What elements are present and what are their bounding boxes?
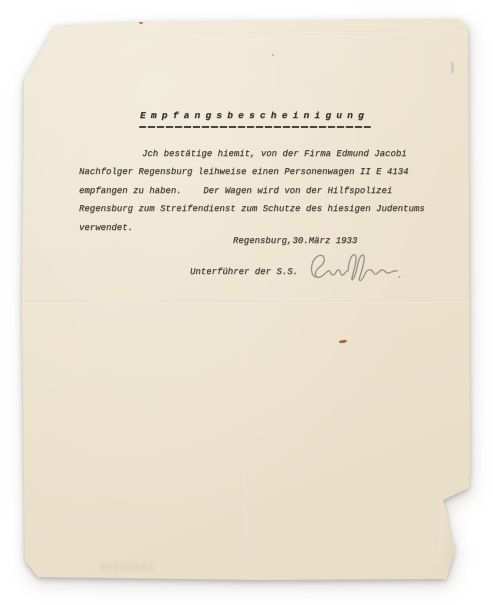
signoff-label: Unterführer der S.S.	[190, 265, 298, 279]
document-paper: Empfangsbescheinigung Jch bestätige hiem…	[0, 0, 493, 605]
crease-topright-vertical	[452, 46, 454, 94]
dateline: Regensburg,30.März 1933	[233, 234, 357, 248]
body-line-3: empfangen zu haben. Der Wagen wird von d…	[79, 182, 439, 200]
torn-corner-fold-shade	[436, 498, 458, 570]
handwritten-signature	[306, 250, 402, 290]
document-body: Jch bestätige hiemit, von der Firma Edmu…	[79, 145, 439, 237]
document-title: Empfangsbescheinigung	[140, 109, 369, 123]
crease-bottomright-diagonal	[425, 500, 442, 579]
crease-topleft-vertical	[109, 21, 111, 95]
rust-speck-top-edge	[139, 21, 143, 24]
blue-mark-right-edge	[451, 61, 454, 74]
paper-shadow-wrap: Empfangsbescheinigung Jch bestätige hiem…	[0, 0, 493, 605]
body-line-1: Jch bestätige hiemit, von der Firma Edmu…	[79, 145, 439, 163]
faint-ghost-mark-bottom	[100, 563, 156, 572]
crease-middle-horizontal	[22, 301, 470, 304]
crease-center-vertical	[244, 296, 246, 578]
crease-top-horizontal	[55, 31, 467, 36]
dark-speck	[272, 54, 274, 56]
photo-background: Empfangsbescheinigung Jch bestätige hiem…	[0, 0, 493, 605]
rust-speck-middle	[339, 339, 347, 343]
body-line-2: Nachfolger Regensburg leihweise einen Pe…	[79, 163, 439, 181]
title-underline	[139, 126, 371, 128]
body-line-4: Regensburg zum Streifendienst zum Schutz…	[79, 200, 439, 218]
